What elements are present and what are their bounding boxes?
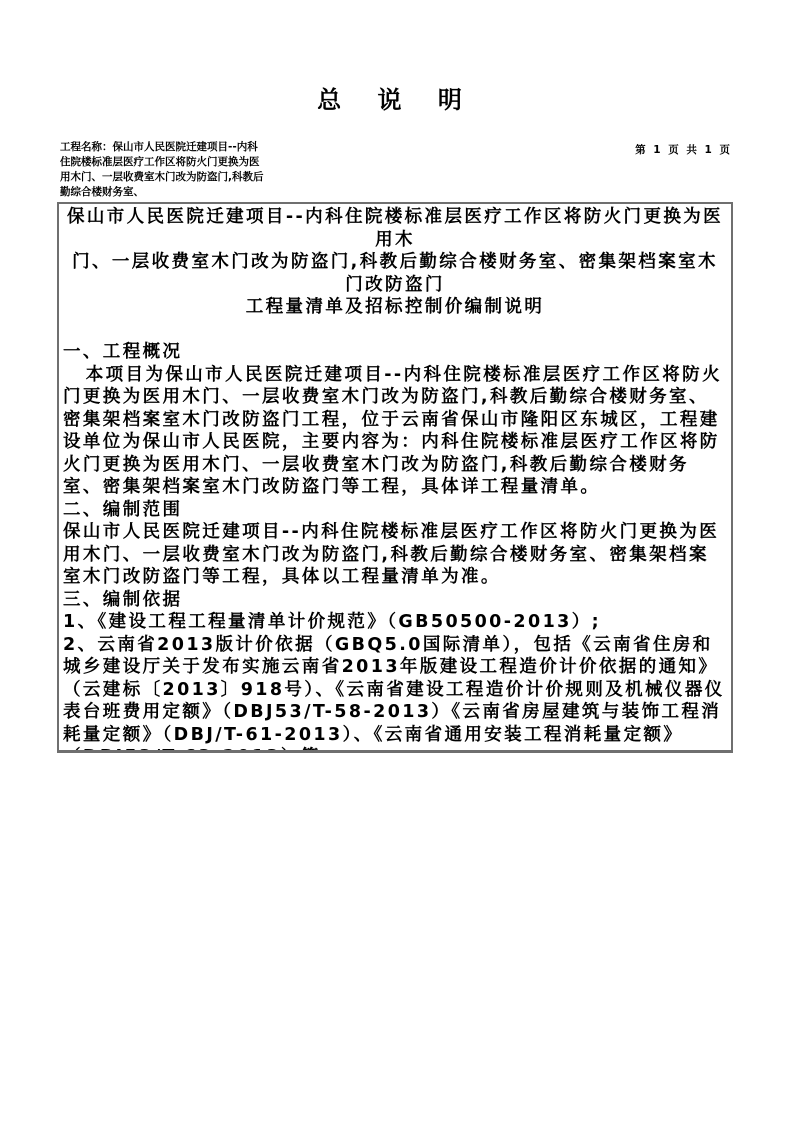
section-paragraph: 保山市人民医院迁建项目--内科住院楼标准层医疗工作区将防火门更换为医用木门、一层… (63, 521, 727, 589)
section-heading-overview: 一、工程概况 (63, 341, 727, 364)
description-content: 保山市人民医院迁建项目--内科住院楼标准层医疗工作区将防火门更换为医用木 门、一… (59, 204, 731, 753)
description-box: 保山市人民医院迁建项目--内科住院楼标准层医疗工作区将防火门更换为医用木 门、一… (57, 202, 733, 753)
section-heading-basis: 三、编制依据 (63, 589, 727, 612)
section-heading-scope: 二、编制范围 (63, 499, 727, 522)
basis-item-1: 1、《建设工程工程量清单计价规范》（GB50500-2013）; (63, 611, 727, 634)
section-paragraph: 本项目为保山市人民医院迁建项目--内科住院楼标准层医疗工作区将防火门更换为医用木… (63, 364, 727, 499)
heading-line: 保山市人民医院迁建项目--内科住院楼标准层医疗工作区将防火门更换为医用木 (63, 206, 727, 251)
document-title: 总 说 明 (0, 80, 793, 115)
project-name-label: 工程名称：保山市人民医院迁建项目--内科住院楼标准层医疗工作区将防火门更换为医用… (60, 140, 265, 202)
description-heading: 保山市人民医院迁建项目--内科住院楼标准层医疗工作区将防火门更换为医用木 门、一… (63, 206, 727, 319)
basis-item-2: 2、云南省2013版计价依据（GBQ5.0国际清单），包括《云南省住房和城乡建设… (63, 634, 727, 754)
heading-line: 门、一层收费室木门改为防盗门,科教后勤综合楼财务室、密集架档案室木门改防盗门 (63, 251, 727, 296)
page-info: 第 1 页 共 1 页 (600, 142, 730, 157)
heading-line: 工程量清单及招标控制价编制说明 (63, 296, 727, 319)
